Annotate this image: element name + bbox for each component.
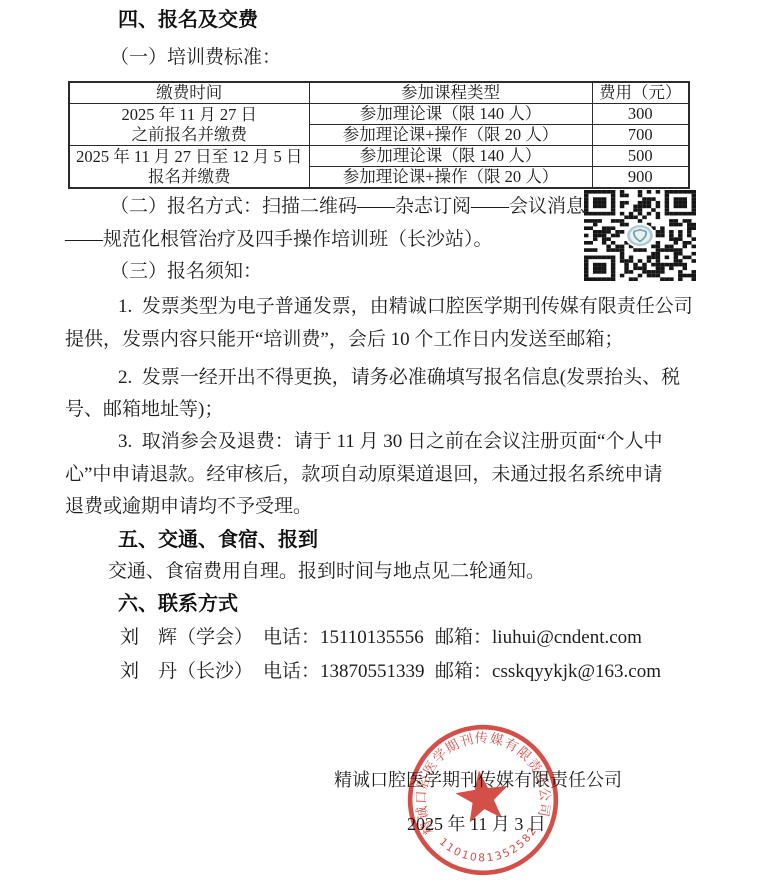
table-row: 2025 年 11 月 27 日 之前报名并缴费 参加理论课（限 140 人） … (69, 104, 689, 125)
table-header-row: 缴费时间 参加课程类型 费用（元） (69, 82, 689, 104)
note-2-line-2: 号、邮箱地址等)； (65, 399, 223, 421)
fee-cell: 900 (592, 167, 689, 189)
fee-cell: 300 (592, 104, 689, 125)
section-5-body: 交通、食宿费用自理。报到时间与地点见二轮通知。 (108, 561, 545, 583)
payment-time-line: 2025 年 11 月 27 日至 12 月 5 日 (70, 147, 309, 167)
company-seal-stamp: 精诚口腔医学期刊传媒有限责任公司 1101081352582 (394, 711, 572, 889)
phone-number: 15110135556 (320, 627, 424, 648)
contact-name: 刘 丹（长沙） (120, 661, 263, 683)
fee-table: 缴费时间 参加课程类型 费用（元） 2025 年 11 月 27 日 之前报名并… (68, 81, 690, 189)
contact-email: 邮箱：liuhui@cndent.com (435, 627, 642, 649)
contact-phone: 电话：13870551339 (263, 661, 435, 683)
contact-name: 刘 辉（学会） (120, 627, 263, 649)
contact-row: 刘 辉（学会） 电话：15110135556 邮箱：liuhui@cndent.… (120, 627, 642, 649)
col-header-payment-time: 缴费时间 (69, 82, 309, 104)
qr-code-image (584, 190, 696, 281)
section-6-heading: 六、联系方式 (118, 593, 238, 615)
qr-code-icon (584, 190, 696, 281)
contact-email: 邮箱：csskqyykjk@163.com (435, 661, 661, 683)
note-3-line-1: 3. 取消参会及退费：请于 11 月 30 日之前在会议注册页面“个人中 (118, 431, 662, 453)
signup-method-line-1: （二）报名方式：扫描二维码——杂志订阅——会议消息 (110, 196, 585, 218)
note-2-line-1: 2. 发票一经开出不得更换，请务必准确填写报名信息(发票抬头、税 (118, 367, 680, 389)
payment-time-cell: 2025 年 11 月 27 日至 12 月 5 日 报名并缴费 (69, 146, 309, 189)
note-3-line-3: 退费或逾期申请均不予受理。 (65, 496, 312, 518)
col-header-fee: 费用（元） (592, 82, 689, 104)
signup-notice-heading: （三）报名须知： (110, 261, 262, 283)
payment-time-line: 2025 年 11 月 27 日 (70, 105, 309, 125)
phone-label: 电话： (263, 627, 320, 648)
star-icon (453, 767, 512, 824)
phone-label: 电话： (263, 661, 320, 682)
course-cell: 参加理论课（限 140 人） (309, 146, 592, 167)
email-address: liuhui@cndent.com (492, 627, 642, 648)
document-page: 四、报名及交费 （一）培训费标准： 缴费时间 参加课程类型 费用（元） 2025… (0, 0, 768, 895)
section-5-heading: 五、交通、食宿、报到 (118, 529, 318, 551)
col-header-course-type: 参加课程类型 (309, 82, 592, 104)
payment-time-cell: 2025 年 11 月 27 日 之前报名并缴费 (69, 104, 309, 146)
section-4-heading: 四、报名及交费 (118, 9, 258, 31)
fee-standard-intro: （一）培训费标准： (110, 47, 281, 69)
email-label: 邮箱： (435, 627, 492, 648)
course-cell: 参加理论课+操作（限 20 人） (309, 167, 592, 189)
note-1-line-2: 提供，发票内容只能开“培训费”，会后 10 个工作日内发送至邮箱； (65, 329, 623, 351)
signup-method-line-2: ——规范化根管治疗及四手操作培训班（长沙站）。 (65, 229, 493, 251)
note-3-line-2: 心”中申请退款。经审核后，款项自动原渠道退回，未通过报名系统申请 (65, 464, 662, 486)
table-row: 2025 年 11 月 27 日至 12 月 5 日 报名并缴费 参加理论课（限… (69, 146, 689, 167)
email-label: 邮箱： (435, 661, 492, 682)
fee-cell: 500 (592, 146, 689, 167)
phone-number: 13870551339 (320, 661, 425, 682)
fee-cell: 700 (592, 125, 689, 146)
course-cell: 参加理论课（限 140 人） (309, 104, 592, 125)
payment-time-line: 报名并缴费 (70, 167, 309, 187)
payment-time-line: 之前报名并缴费 (70, 125, 309, 145)
contact-row: 刘 丹（长沙） 电话：13870551339 邮箱：csskqyykjk@163… (120, 661, 661, 683)
note-1-line-1: 1. 发票类型为电子普通发票，由精诚口腔医学期刊传媒有限责任公司 (118, 296, 693, 318)
email-address: csskqyykjk@163.com (492, 661, 661, 682)
contact-phone: 电话：15110135556 (263, 627, 435, 649)
course-cell: 参加理论课+操作（限 20 人） (309, 125, 592, 146)
